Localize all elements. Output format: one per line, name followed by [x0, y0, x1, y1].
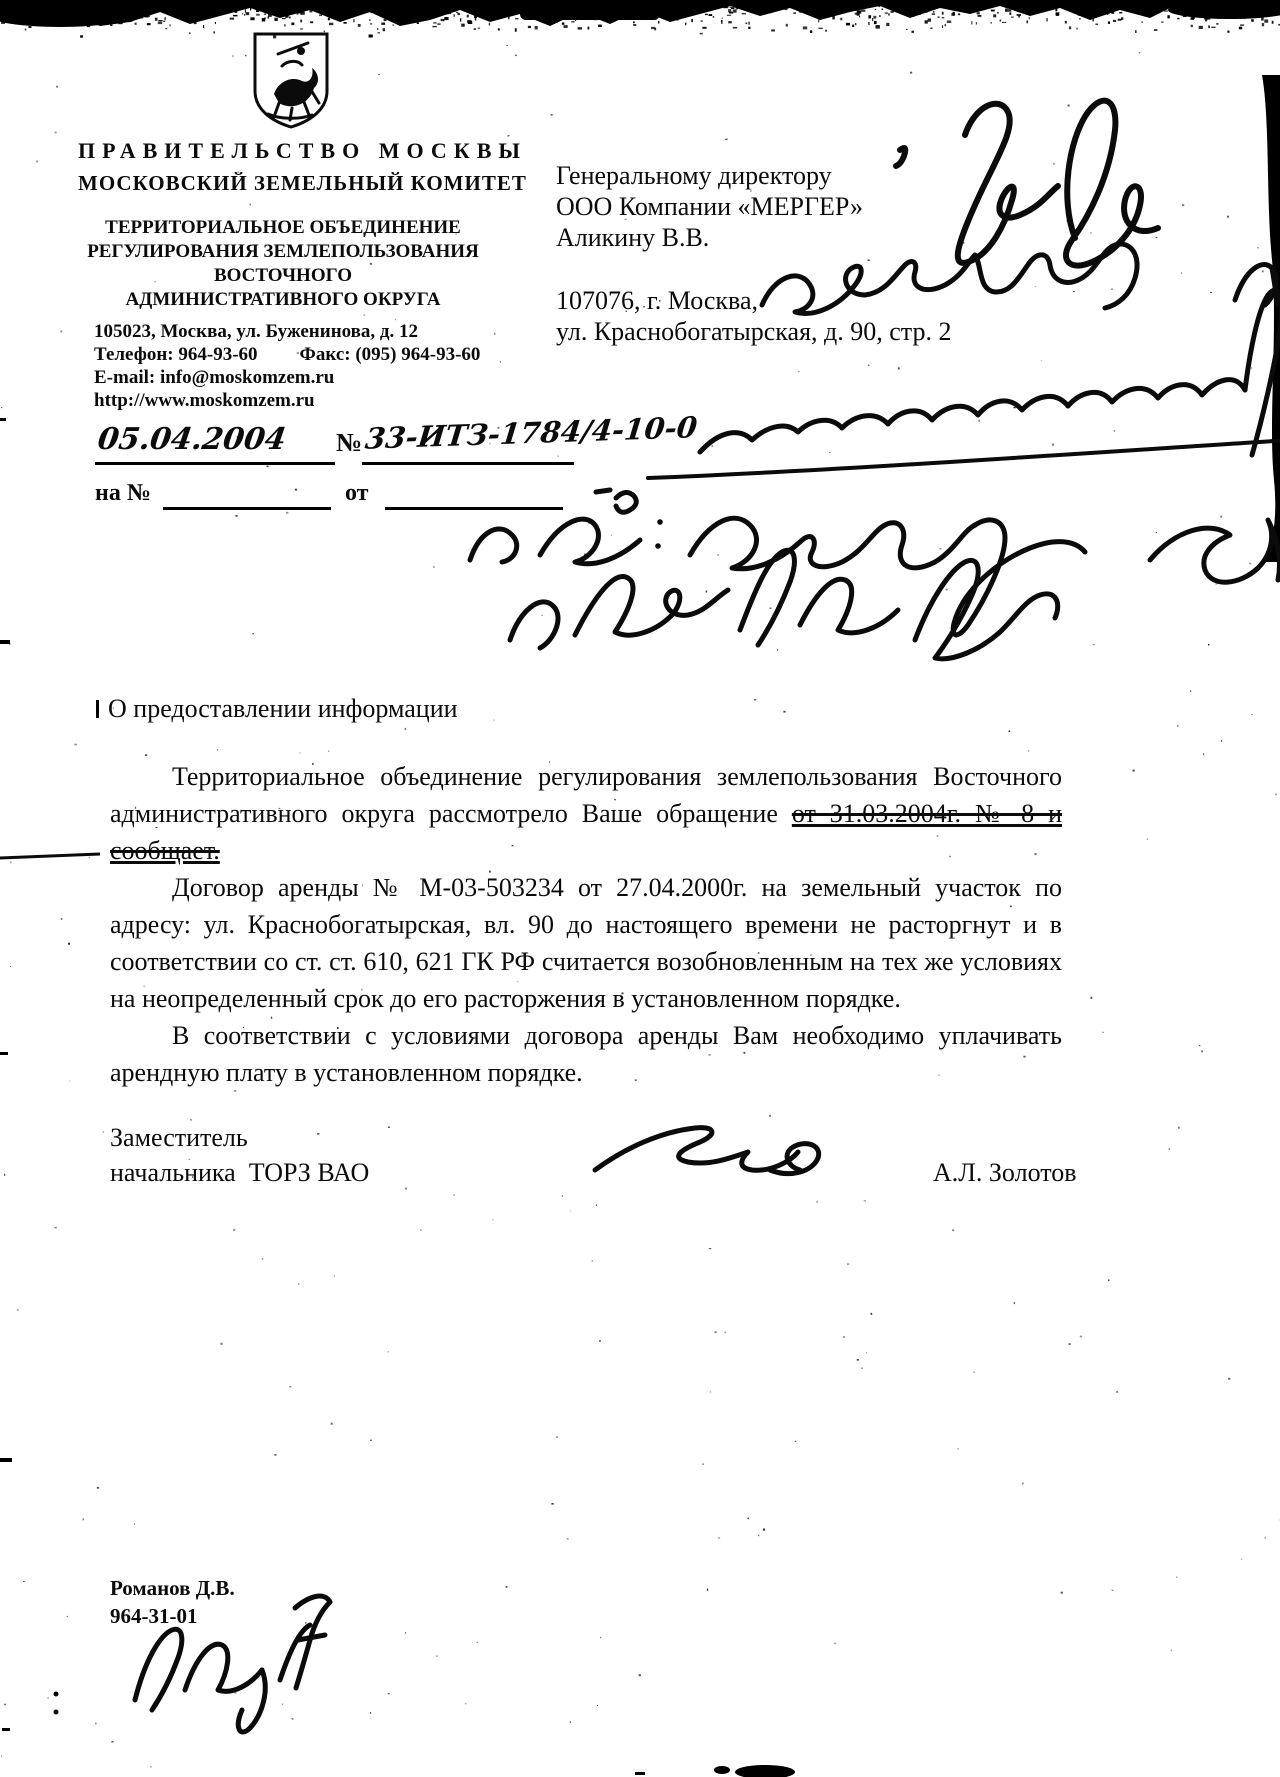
- recipient-block: Генеральному директору ООО Компании «МЕР…: [556, 160, 986, 347]
- paragraph-1: Территориальное объединение регулировани…: [110, 758, 1062, 869]
- outgoing-number-handwritten: 33-ИТЗ-1784/4-10-0: [363, 410, 698, 456]
- handwritten-note-4: [510, 550, 1058, 659]
- org-address: 105023, Москва, ул. Буженинова, д. 12: [94, 320, 514, 343]
- division-line: АДМИНИСТРАТИВНОГО ОКРУГА: [78, 288, 488, 312]
- government-title: ПРАВИТЕЛЬСТВО МОСКВЫ: [78, 138, 488, 164]
- executor-phone: 964-31-01: [110, 1602, 235, 1630]
- reply-number-blank-line: [163, 507, 331, 510]
- org-website: http://www.moskomzem.ru: [94, 389, 514, 412]
- executor-block: Романов Д.В. 964-31-01: [110, 1574, 235, 1630]
- recipient-address-line: 107076, г. Москва,: [556, 285, 986, 316]
- org-phone: Телефон: 964-93-60: [94, 343, 258, 366]
- subject-line: О предоставлении информации: [108, 694, 458, 724]
- scan-noise-band: [0, 0, 1280, 26]
- committee-title: МОСКОВСКИЙ ЗЕМЕЛЬНЫЙ КОМИТЕТ: [78, 171, 488, 196]
- recipient-line: Генеральному директору: [556, 160, 986, 191]
- letterhead: ПРАВИТЕЛЬСТВО МОСКВЫ МОСКОВСКИЙ ЗЕМЕЛЬНЫ…: [78, 138, 488, 312]
- paragraph-2: Договор аренды № М-03-503234 от 27.04.20…: [110, 869, 1062, 1017]
- outgoing-date-handwritten: 05.04.2004: [96, 422, 289, 457]
- division-line: РЕГУЛИРОВАНИЯ ЗЕМЛЕПОЛЬЗОВАНИЯ: [78, 240, 488, 264]
- signer-position: Заместитель начальника ТОРЗ ВАО: [110, 1120, 369, 1190]
- division-title: ТЕРРИТОРИАЛЬНОЕ ОБЪЕДИНЕНИЕ РЕГУЛИРОВАНИ…: [78, 216, 488, 312]
- number-sign: №: [336, 428, 362, 458]
- scan-edge-strip: [1262, 75, 1280, 562]
- org-email: E-mail: info@moskomzem.ru: [94, 366, 514, 389]
- reply-date-blank-line: [385, 507, 563, 510]
- recipient-line: Аликину В.В.: [556, 222, 986, 253]
- signer-name: А.Л. Золотов: [933, 1158, 1077, 1188]
- date-underline: [95, 462, 335, 465]
- letter-body: Территориальное объединение регулировани…: [110, 758, 1062, 1091]
- division-line: ТЕРРИТОРИАЛЬНОЕ ОБЪЕДИНЕНИЕ: [78, 216, 488, 240]
- recipient-address-line: ул. Краснобогатырская, д. 90, стр. 2: [556, 316, 986, 347]
- reply-from-label: от: [345, 480, 368, 507]
- official-signature: [595, 1128, 819, 1174]
- strike-line: [0, 854, 100, 858]
- moscow-coat-of-arms-icon: [248, 30, 334, 130]
- org-fax: Факс: (095) 964-93-60: [300, 343, 481, 366]
- number-underline: [362, 462, 574, 465]
- paragraph-3: В соответствии с условиями договора арен…: [110, 1017, 1062, 1091]
- division-line: ВОСТОЧНОГО: [78, 264, 488, 288]
- executor-name: Романов Д.В.: [110, 1574, 235, 1602]
- reply-to-number-label: на №: [95, 480, 151, 507]
- scanned-letter-page: ПРАВИТЕЛЬСТВО МОСКВЫ МОСКОВСКИЙ ЗЕМЕЛЬНЫ…: [0, 0, 1280, 1777]
- recipient-line: ООО Компании «МЕРГЕР»: [556, 191, 986, 222]
- handwritten-note-3: [470, 518, 1280, 635]
- contact-block: 105023, Москва, ул. Буженинова, д. 12 Те…: [94, 320, 514, 412]
